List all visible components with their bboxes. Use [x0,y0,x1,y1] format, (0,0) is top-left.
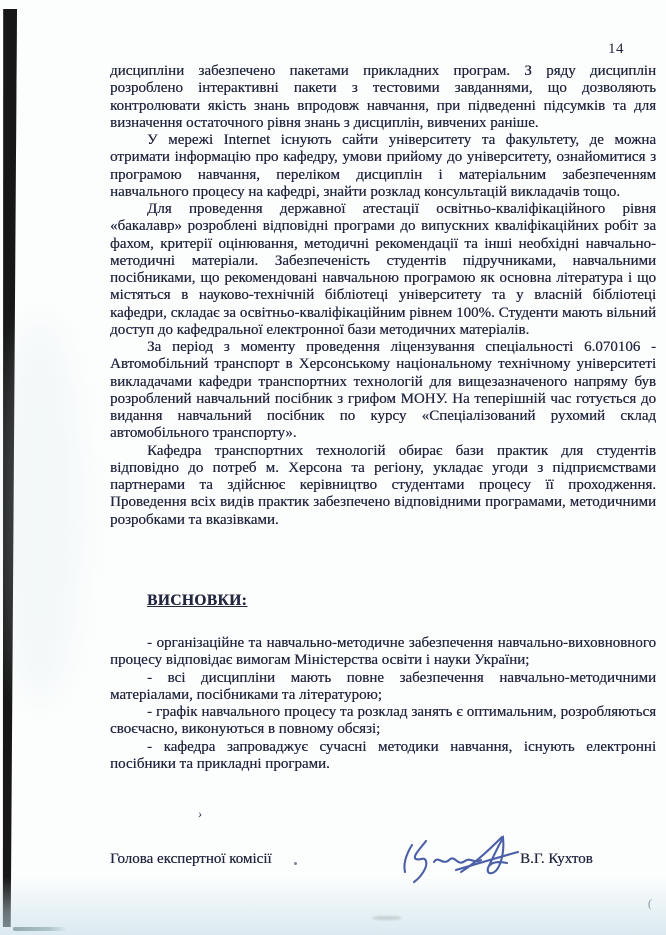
paragraph-1: дисципліни забезпечено пакетами прикладн… [110,63,656,132]
page-number: 14 [608,41,624,58]
paragraph-5: Кафедра транспортних технологій обирає б… [110,443,656,529]
stray-ink-mark: › [197,806,204,822]
paragraph-2: У мережі Internet існують сайти універси… [110,132,656,201]
paragraph-3: Для проведення державної атестації освіт… [110,201,656,339]
ink-speck [294,862,297,865]
scan-tint-bottom [0,877,666,935]
corner-ink-mark: ( [647,896,652,911]
scan-smudge [372,916,402,920]
conclusion-item-2: - всі дисципліни мають повне забезпеченн… [110,670,656,705]
conclusions-list: - організаційне та навчально-методичне з… [110,635,656,797]
conclusion-item-1: - організаційне та навчально-методичне з… [110,635,656,670]
signatory-name: В.Г. Кухтов [520,851,593,868]
scan-bottom-line-artifact [13,927,67,931]
conclusions-heading: ВИСНОВКИ: [147,592,247,610]
conclusion-item-3: - графік навчального процесу та розклад … [110,704,656,739]
scan-edge-bar [2,9,17,927]
scanned-document-page: 14 дисципліни забезпечено пакетами прикл… [0,0,666,935]
signatory-role: Голова експертної комісії [110,851,272,868]
document-body: дисципліни забезпечено пакетами прикладн… [110,63,656,587]
conclusion-item-4: - кафедра запроваджує сучасні методики н… [110,739,656,774]
handwritten-signature-icon [398,833,524,887]
paragraph-4: За період з моменту проведення ліцензува… [110,339,656,443]
